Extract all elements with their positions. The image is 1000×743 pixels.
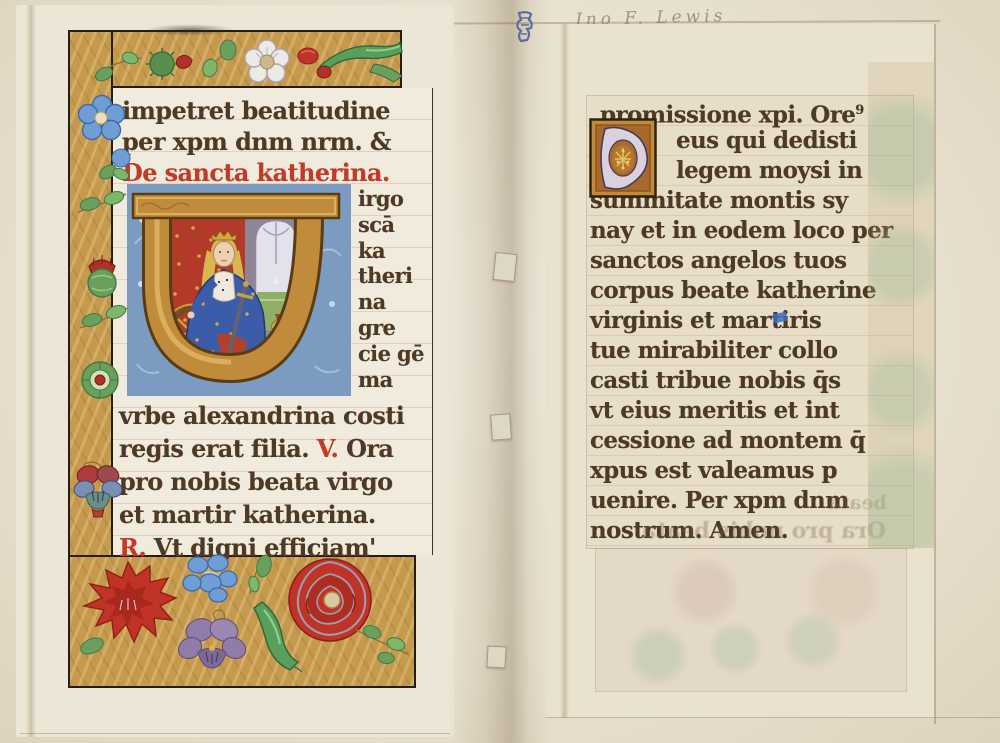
- blue-collection-mark: [513, 10, 537, 44]
- left-page-fold: [26, 5, 36, 737]
- show-through-border-panel: [595, 548, 907, 692]
- abbrev-sup: 9: [855, 103, 863, 118]
- blue-bud: [95, 146, 135, 186]
- text-seg: Ora: [338, 434, 393, 463]
- leaf-sprig: [74, 186, 130, 216]
- green-rosette: [76, 356, 124, 404]
- miniature-initial-v-st-katherine: [127, 184, 351, 396]
- initial-d-burning-bush: [589, 118, 657, 198]
- text-line: per xpm dnm nrm. &: [122, 126, 391, 157]
- side-line: ma: [358, 367, 436, 393]
- blue-flower: [180, 553, 240, 603]
- sewing-thread: [493, 252, 518, 282]
- left-body-text: vrbe alexandrina costi regis erat filia.…: [119, 399, 404, 564]
- right-page-fold: [560, 24, 569, 718]
- left-page-bottom-edge: [20, 733, 450, 734]
- right-page-bottom-edge: [545, 717, 1000, 718]
- spiky-seedpod-flower: [140, 42, 196, 84]
- purple-violet: [176, 608, 248, 670]
- text-line: impetret beatitudine: [122, 95, 391, 126]
- blue-forget-me-not: [78, 93, 126, 143]
- binding-gutter: [448, 0, 550, 743]
- left-side-column: irgo scā ka theri na gre cie gē ma: [358, 186, 436, 392]
- small-pea-pods: [242, 552, 278, 596]
- side-line: scā: [358, 212, 436, 238]
- green-buds: [198, 38, 242, 80]
- text-line: et martir katherina.: [119, 498, 404, 531]
- side-line: theri: [358, 263, 436, 289]
- text-line: regis erat filia. V. Ora: [119, 432, 404, 465]
- sewing-thread: [486, 646, 506, 669]
- side-line: gre: [358, 315, 436, 341]
- red-carnation: [76, 558, 180, 658]
- leaf-sprig: [76, 300, 132, 332]
- pea-pod: [316, 36, 404, 84]
- left-text-line: impetret beatitudine per xpm dnm nrm. & …: [122, 95, 391, 188]
- right-page-right-edge: [934, 24, 936, 724]
- show-through-right-margin: [868, 62, 934, 548]
- sewing-thread: [490, 413, 512, 440]
- versicle-mark: V.: [317, 434, 339, 463]
- manuscript-photo: Jno F. Lewis impetret beatitudine per xp…: [0, 0, 1000, 743]
- pansy: [70, 445, 128, 523]
- white-rose: [243, 38, 291, 86]
- thistle: [79, 250, 125, 300]
- side-line: ka: [358, 238, 436, 264]
- show-through-text: Ora pro nobis beata: [606, 518, 886, 544]
- side-line: irgo: [358, 186, 436, 212]
- text-seg: regis erat filia.: [119, 434, 317, 463]
- leaf-sprig: [90, 48, 146, 86]
- leaf-sprig: [352, 614, 414, 666]
- text-line: vrbe alexandrina costi: [119, 399, 404, 432]
- side-line: cie gē: [358, 341, 436, 367]
- text-line: pro nobis beata virgo: [119, 465, 404, 498]
- side-line: na: [358, 289, 436, 315]
- ink-smudge: [145, 24, 235, 36]
